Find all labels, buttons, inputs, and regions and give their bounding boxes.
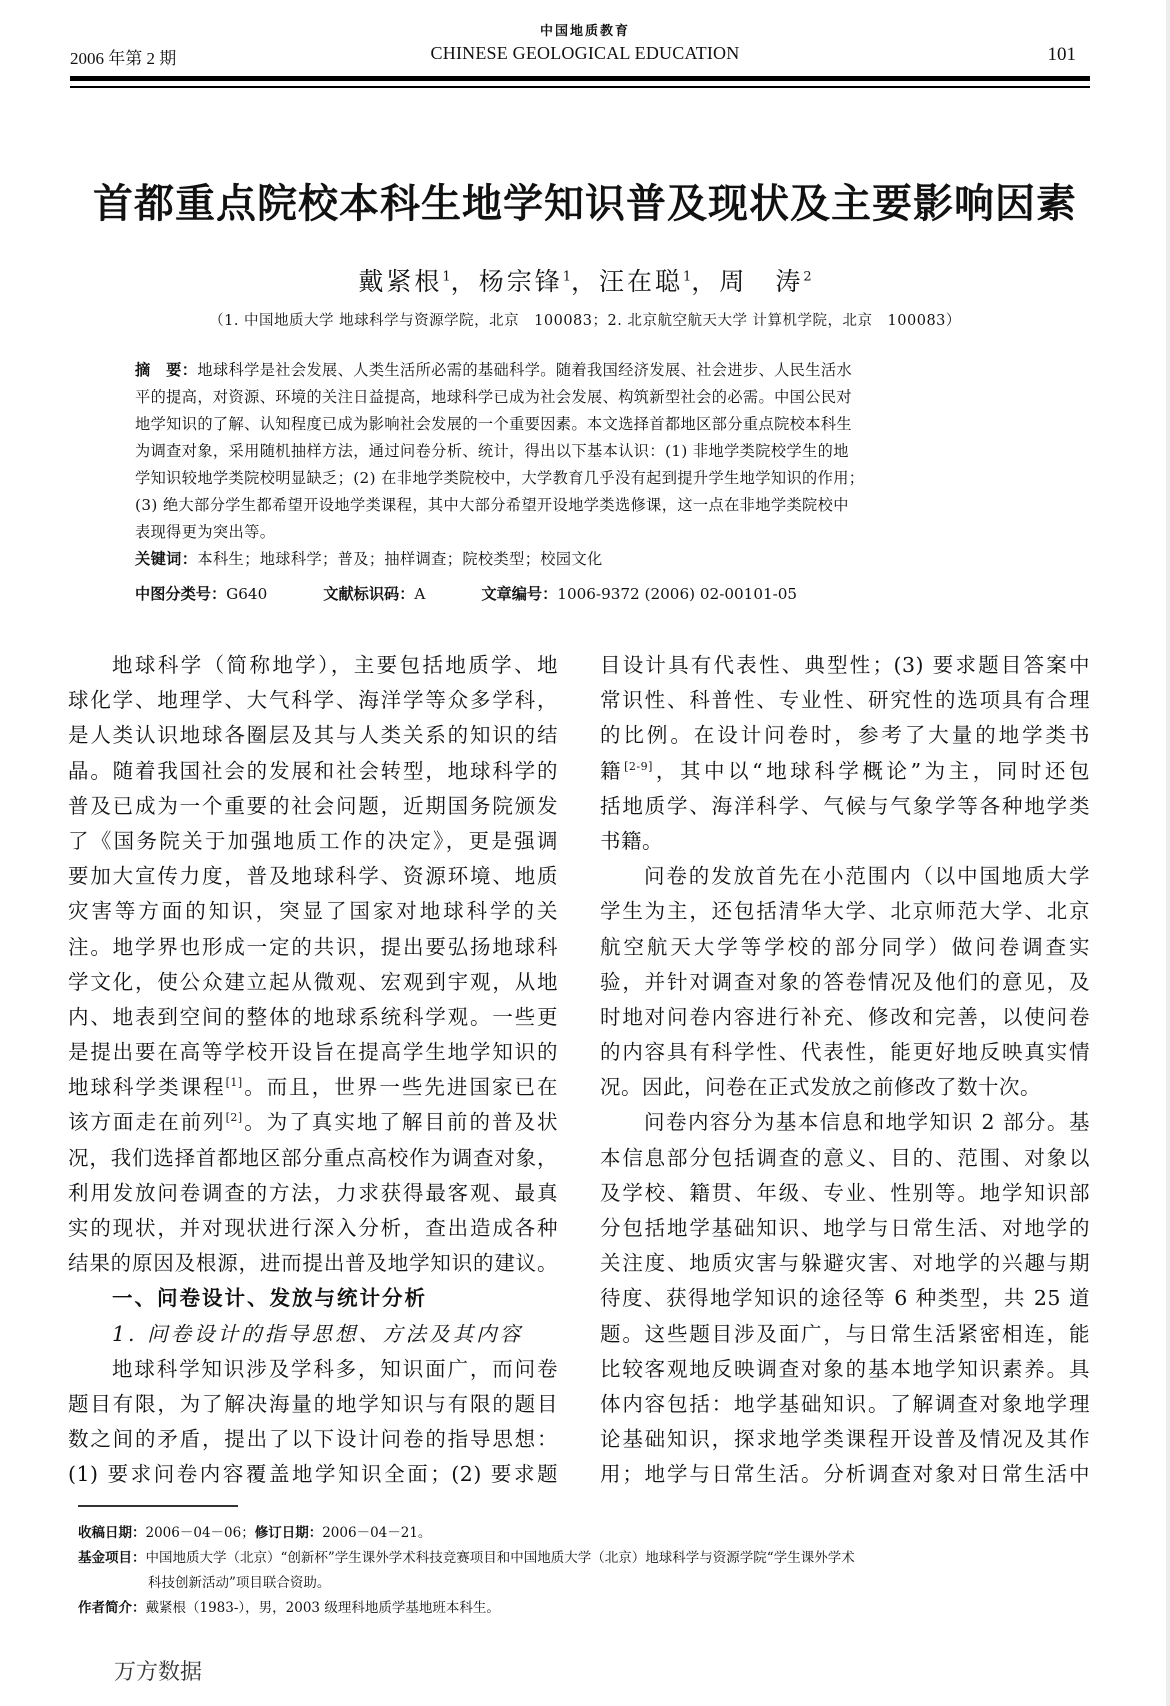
body-column-left: 地球科学（简称地学），主要包括地质学、地球化学、地理学、大气科学、海洋学等众多学… xyxy=(68,648,558,1493)
subsection-heading: 1. 问卷设计的指导思想、方法及其内容 xyxy=(68,1317,558,1352)
body-line: 是人类认识地球各圈层及其与人类关系的知识的结 xyxy=(68,718,558,753)
clc-label: 中图分类号： xyxy=(135,585,226,603)
body-line: 常识性、科普性、专业性、研究性的选项具有合理 xyxy=(600,683,1090,718)
author-affil-mark: 1 xyxy=(442,270,450,285)
body-line: 题。这些题目涉及面广，与日常生活紧密相连，能 xyxy=(600,1317,1090,1352)
citation-ref: [2] xyxy=(226,1111,243,1124)
author-name: 杨宗锋 xyxy=(479,267,563,296)
body-line: 题目有限，为了解决海量的地学知识与有限的题目 xyxy=(68,1387,558,1422)
body-line: 待度、获得地学知识的途径等 6 种类型，共 25 道 xyxy=(600,1281,1090,1316)
abstract-label: 摘 要： xyxy=(135,361,197,379)
keywords-label: 关键词： xyxy=(135,550,197,568)
article-title: 首都重点院校本科生地学知识普及现状及主要影响因素 xyxy=(0,172,1170,229)
body-line: 分包括地学基础知识、地学与日常生活、对地学的 xyxy=(600,1211,1090,1246)
abstract-line: 为调查对象，采用随机抽样方法，通过问卷分析、统计，得出以下基本认识：(1) 非地… xyxy=(135,438,1035,465)
body-line: 该方面走在前列[2]。为了真实地了解目前的普及状 xyxy=(68,1105,558,1140)
article-no-value: 1006-9372 (2006) 02-00101-05 xyxy=(557,585,797,603)
body-line: 注。地学界也形成一定的共识，提出要弘扬地球科 xyxy=(68,930,558,965)
citation-ref: [1] xyxy=(226,1076,243,1089)
body-line: 晶。随着我国社会的发展和社会转型，地球科学的 xyxy=(68,754,558,789)
journal-name-english: CHINESE GEOLOGICAL EDUCATION xyxy=(0,43,1170,64)
abstract-line: 平的提高，对资源、环境的关注日益提高，地球科学已成为社会发展、构筑新型社会的必需… xyxy=(135,384,1035,411)
abstract-line: 学知识较地学类院校明显缺乏；(2) 在非地学类院校中，大学教育几乎没有起到提升学… xyxy=(135,465,1035,492)
body-line: 书籍。 xyxy=(600,824,1090,859)
doc-code-label: 文献标识码： xyxy=(323,585,414,603)
body-line: 问卷的发放首先在小范围内（以中国地质大学 xyxy=(600,859,1090,894)
body-line: (1) 要求问卷内容覆盖地学知识全面；(2) 要求题 xyxy=(68,1457,558,1492)
body-line: 用；地学与日常生活。分析调查对象对日常生活中 xyxy=(600,1457,1090,1492)
body-line: 的内容具有科学性、代表性，能更好地反映真实情 xyxy=(600,1035,1090,1070)
body-line: 目设计具有代表性、典型性；(3) 要求题目答案中 xyxy=(600,648,1090,683)
keywords: 本科生；地球科学；普及；抽样调查；院校类型；校园文化 xyxy=(197,550,602,568)
body-line: 时地对问卷内容进行补充、修改和完善，以使问卷 xyxy=(600,1000,1090,1035)
footnote-fund: 基金项目：中国地质大学（北京）“创新杯”学生课外学术科技竞赛项目和中国地质大学（… xyxy=(78,1546,1088,1571)
author-separator: ， xyxy=(691,267,719,296)
footnote-fund-cont: 科技创新活动”项目联合资助。 xyxy=(78,1571,1088,1596)
footnotes: 收稿日期：2006－04－06；修订日期：2006－04－21。 基金项目：中国… xyxy=(78,1521,1088,1621)
journal-name-chinese: 中国地质教育 xyxy=(0,20,1170,39)
clc-value: G640 xyxy=(226,585,267,603)
body-line: 地球科学（简称地学），主要包括地质学、地 xyxy=(68,648,558,683)
body-line: 灾害等方面的知识，突显了国家对地球科学的关 xyxy=(68,894,558,929)
author-name: 周 涛 xyxy=(719,267,803,296)
keywords-line: 关键词：本科生；地球科学；普及；抽样调查；院校类型；校园文化 xyxy=(135,546,1035,573)
body-line: 内、地表到空间的整体的地球系统科学观。一些更 xyxy=(68,1000,558,1035)
body-line: 了《国务院关于加强地质工作的决定》，更是强调 xyxy=(68,824,558,859)
page-edge-shadow xyxy=(1166,0,1170,1706)
abstract-line: 地学知识的了解、认知程度已成为影响社会发展的一个重要因素。本文选择首都地区部分重… xyxy=(135,411,1035,438)
body-line: 结果的原因及根源，进而提出普及地学知识的建议。 xyxy=(68,1246,558,1281)
body-line: 问卷内容分为基本信息和地学知识 2 部分。基 xyxy=(600,1105,1090,1140)
body-line: 数之间的矛盾，提出了以下设计问卷的指导思想： xyxy=(68,1422,558,1457)
body-line: 本信息部分包括调查的意义、目的、范围、对象以 xyxy=(600,1141,1090,1176)
body-line: 况。因此，问卷在正式发放之前修改了数十次。 xyxy=(600,1070,1090,1105)
page-number: 101 xyxy=(1048,44,1077,66)
abstract-line: 摘 要：地球科学是社会发展、人类生活所必需的基础科学。随着我国经济发展、社会进步… xyxy=(135,357,1035,384)
body-line: 比较客观地反映调查对象的基本地学知识素养。具 xyxy=(600,1352,1090,1387)
body-line: 学文化，使公众建立起从微观、宏观到宇观，从地 xyxy=(68,965,558,1000)
author-name: 汪在聪 xyxy=(599,267,683,296)
footnote-dates: 收稿日期：2006－04－06；修订日期：2006－04－21。 xyxy=(78,1521,1088,1546)
body-line: 航空航天大学等学校的部分同学）做问卷调查实 xyxy=(600,930,1090,965)
abstract-line: 表现得更为突出等。 xyxy=(135,519,1035,546)
body-line: 要加大宣传力度，普及地球科学、资源环境、地质 xyxy=(68,859,558,894)
body-line: 实的现状，并对现状进行深入分析，查出造成各种 xyxy=(68,1211,558,1246)
body-line: 地球科学类课程[1]。而且，世界一些先进国家已在 xyxy=(68,1070,558,1105)
header-rule-thick xyxy=(70,76,1090,81)
doc-code-value: A xyxy=(414,585,425,603)
body-line: 地球科学知识涉及学科多，知识面广，而问卷 xyxy=(68,1352,558,1387)
header-rule-thin xyxy=(70,86,1090,88)
body-line: 普及已成为一个重要的社会问题，近期国务院颁发 xyxy=(68,789,558,824)
body-column-right: 目设计具有代表性、典型性；(3) 要求题目答案中常识性、科普性、专业性、研究性的… xyxy=(600,648,1090,1493)
body-line: 体内容包括：地学基础知识。了解调查对象地学理 xyxy=(600,1387,1090,1422)
body-line: 验，并针对调查对象的答卷情况及他们的意见，及 xyxy=(600,965,1090,1000)
body-line: 籍[2-9]，其中以“地球科学概论”为主，同时还包 xyxy=(600,754,1090,789)
body-line: 是提出要在高等学校开设旨在提高学生地学知识的 xyxy=(68,1035,558,1070)
abstract-line: (3) 绝大部分学生都希望开设地学类课程，其中大部分希望开设地学类选修课，这一点… xyxy=(135,492,1035,519)
article-no-label: 文章编号： xyxy=(481,585,557,603)
body-line: 况，我们选择首都地区部分重点高校作为调查对象， xyxy=(68,1141,558,1176)
body-line: 关注度、地质灾害与躲避灾害、对地学的兴趣与期 xyxy=(600,1246,1090,1281)
author-separator: ， xyxy=(451,267,479,296)
abstract-block: 摘 要：地球科学是社会发展、人类生活所必需的基础科学。随着我国经济发展、社会进步… xyxy=(135,357,1035,573)
author-name: 戴紧根 xyxy=(358,267,442,296)
affiliations: （1. 中国地质大学 地球科学与资源学院，北京 100083；2. 北京航空航天… xyxy=(0,309,1170,330)
wanfang-watermark: 万方数据 xyxy=(114,1655,202,1686)
author-separator: ， xyxy=(571,267,599,296)
author-list: 戴紧根1，杨宗锋1，汪在聪1，周 涛2 xyxy=(0,262,1170,298)
author-affil-mark: 1 xyxy=(563,270,571,285)
classification-row: 中图分类号：G640文献标识码：A文章编号：1006-9372 (2006) 0… xyxy=(135,583,797,604)
body-line: 及学校、籍贯、年级、专业、性别等。地学知识部 xyxy=(600,1176,1090,1211)
body-line: 学生为主，还包括清华大学、北京师范大学、北京 xyxy=(600,894,1090,929)
author-affil-mark: 2 xyxy=(803,270,811,285)
citation-ref: [2-9] xyxy=(624,760,653,773)
section-heading: 一、问卷设计、发放与统计分析 xyxy=(68,1281,558,1316)
footnote-rule xyxy=(78,1505,238,1507)
body-line: 括地质学、海洋科学、气候与气象学等各种地学类 xyxy=(600,789,1090,824)
body-line: 的比例。在设计问卷时，参考了大量的地学类书 xyxy=(600,718,1090,753)
body-line: 论基础知识，探求地学类课程开设普及情况及其作 xyxy=(600,1422,1090,1457)
body-line: 球化学、地理学、大气科学、海洋学等众多学科， xyxy=(68,683,558,718)
body-line: 利用发放问卷调查的方法，力求获得最客观、最真 xyxy=(68,1176,558,1211)
footnote-author-bio: 作者简介：戴紧根（1983-），男，2003 级理科地质学基地班本科生。 xyxy=(78,1596,1088,1621)
